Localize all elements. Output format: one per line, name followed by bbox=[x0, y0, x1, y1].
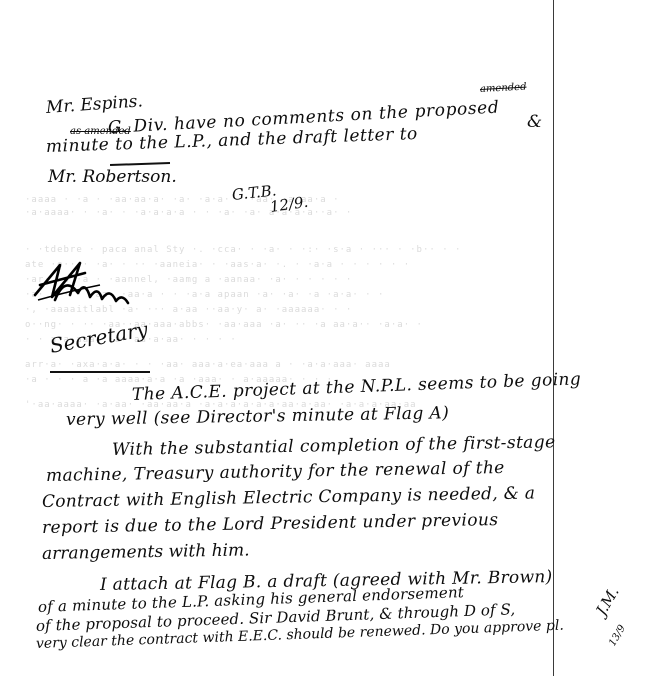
insertion-amended: amended bbox=[480, 82, 527, 95]
para-2-line-5: arrangements with him. bbox=[42, 540, 250, 564]
margin-initials: J.M. bbox=[592, 584, 622, 619]
addressee: Mr. Espins. bbox=[45, 91, 143, 118]
underline-mark bbox=[110, 162, 170, 166]
minute-1-line-3: Mr. Robertson. bbox=[48, 167, 177, 187]
margin-rule bbox=[553, 0, 554, 676]
signature-text: W. ... bbox=[115, 298, 118, 299]
document-page: · ·tdebre · paca anal Sty ·. ·cca· · ·a·… bbox=[0, 0, 650, 676]
signature-scrawl bbox=[30, 255, 140, 319]
para-2-line-2: machine, Treasury authority for the rene… bbox=[46, 458, 505, 486]
minute-1-line-1-end: & bbox=[527, 112, 542, 132]
bleed-through-line: · ·tdebre · paca anal Sty ·. ·cca· · ·a·… bbox=[25, 245, 461, 255]
bleed-through-line: arr·a· ·axa·a·a· · · ·aa· aaa·a·ea·aaa a… bbox=[25, 360, 391, 370]
para-2-line-4: report is due to the Lord President unde… bbox=[42, 510, 499, 538]
heading-underline bbox=[50, 371, 150, 373]
signature-icon bbox=[30, 255, 140, 315]
para-2-line-3: Contract with English Electric Company i… bbox=[42, 483, 536, 512]
margin-date: 13/9 bbox=[607, 623, 628, 648]
para-2-line-1: With the substantial completion of the f… bbox=[112, 432, 556, 460]
